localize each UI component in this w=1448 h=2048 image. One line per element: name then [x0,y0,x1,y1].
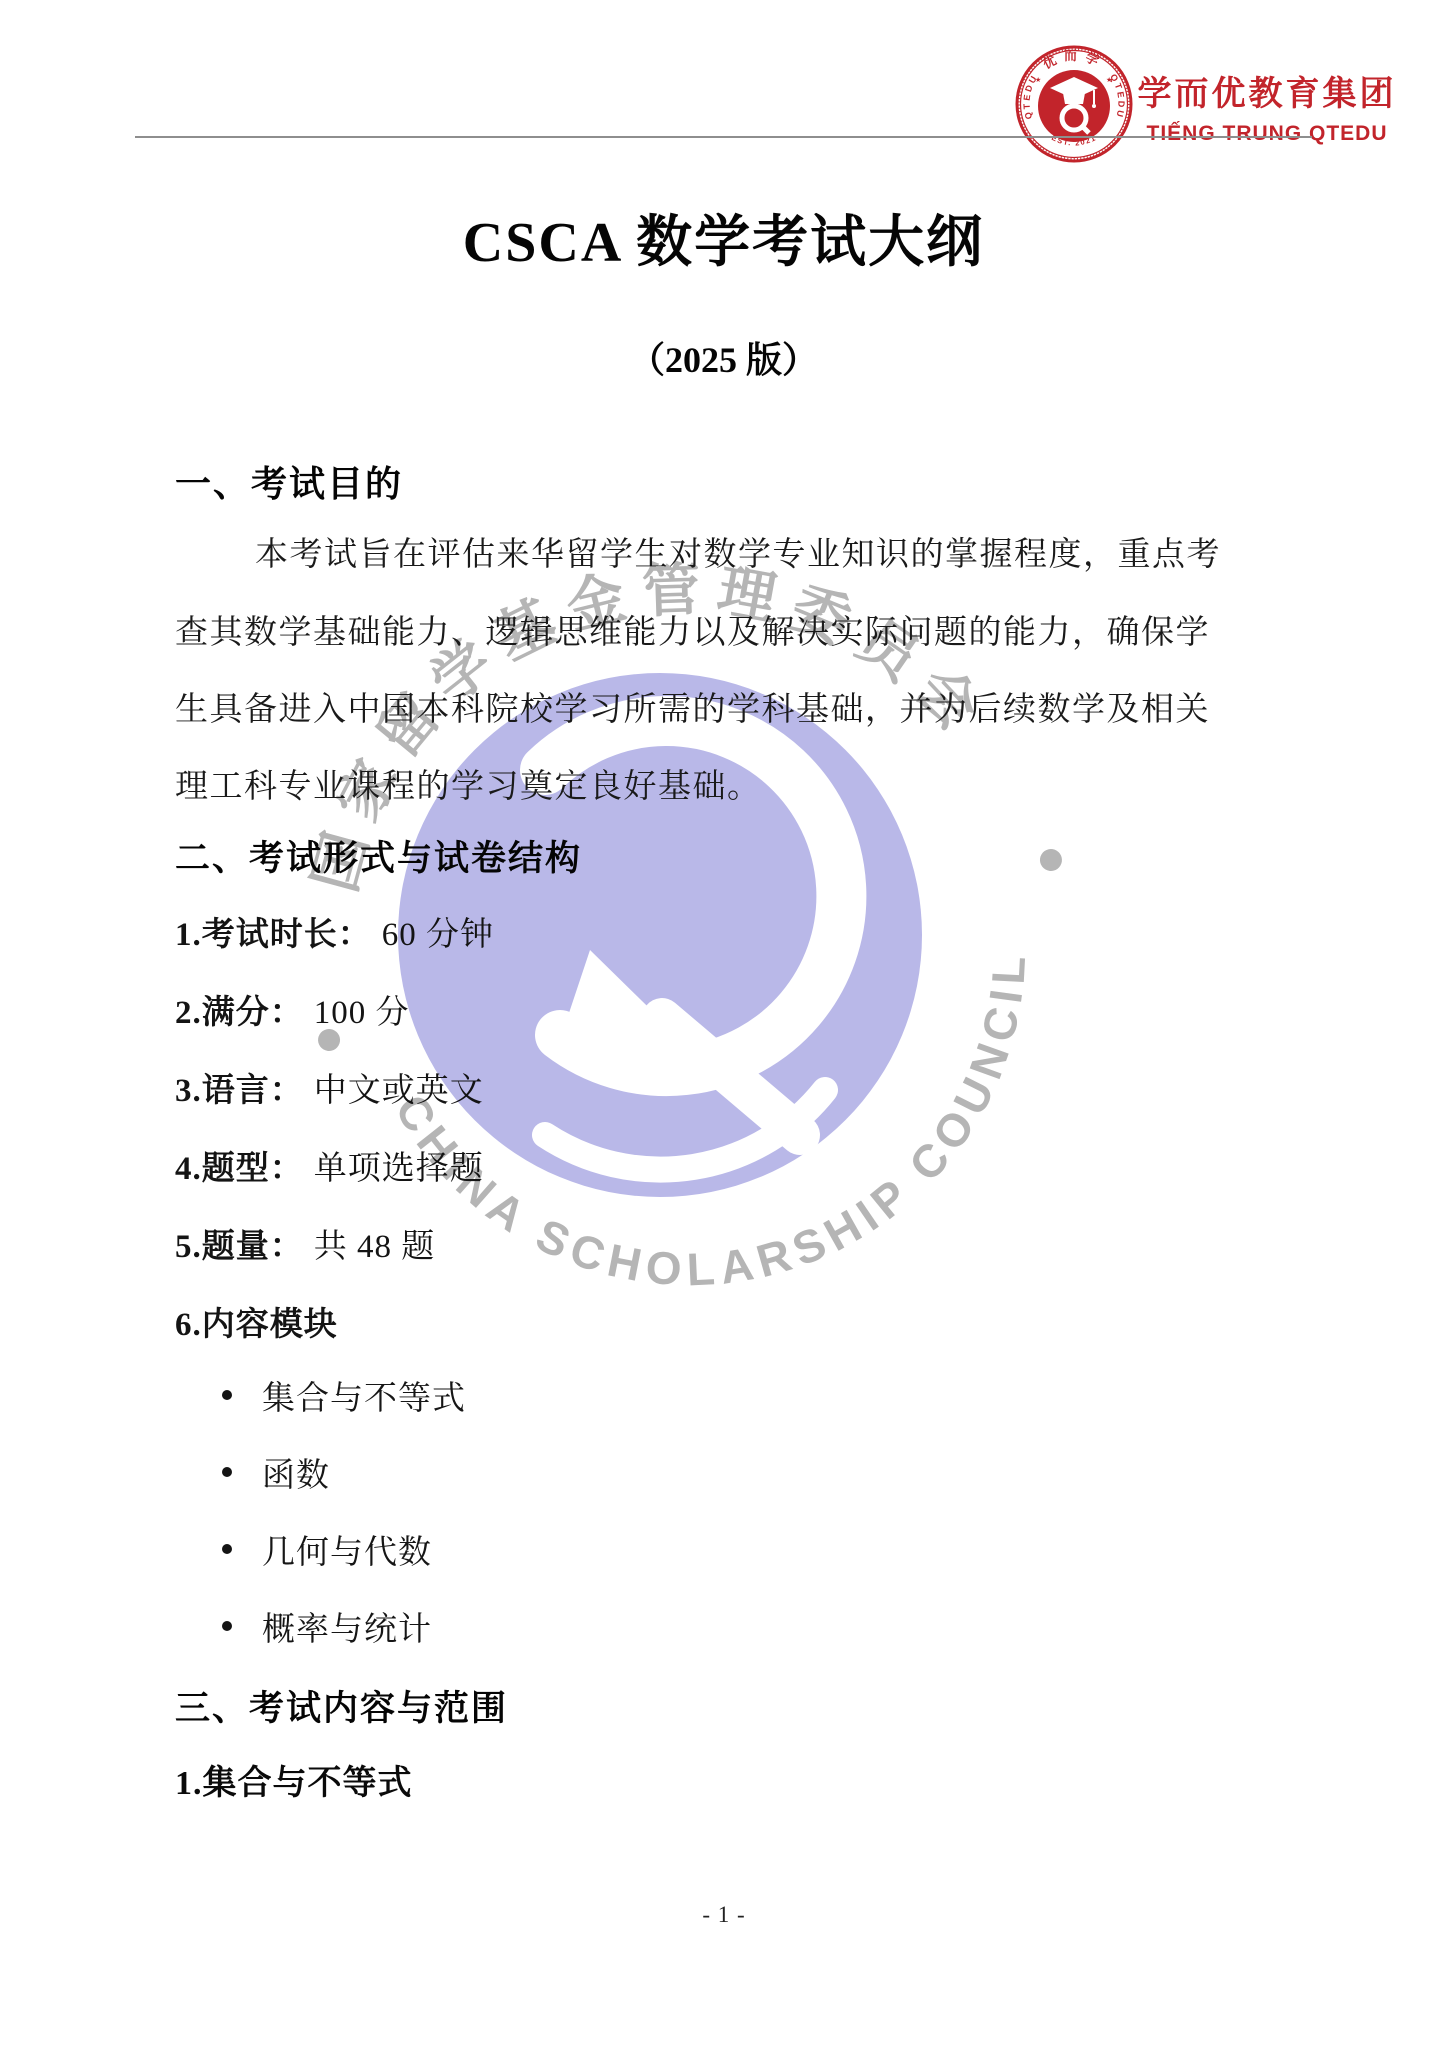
list-item-content-modules: 6.内容模块 [175,1298,338,1345]
company-tagline: TIẾNG TRUNG QTEDU [1136,122,1398,146]
bullet-dot-icon [222,1544,232,1554]
section-two-heading: 二、考试形式与试卷结构 [175,831,582,881]
company-name: 学而优教育集团 [1136,66,1398,115]
paragraph-line: 本考试旨在评估来华留学生对数学专业知识的掌握程度，重点考 [175,528,1305,575]
page-number: - 1 - [0,1902,1448,1928]
bullet-item: 函数 [262,1449,330,1496]
list-item-question-count: 5.题量：共 48 题 [175,1220,435,1267]
section-three-heading: 三、考试内容与范围 [175,1681,508,1731]
list-item-label: 5.题量： [175,1229,304,1265]
bullet-dot-icon [222,1467,232,1477]
list-item-question-type: 4.题型：单项选择题 [175,1142,484,1189]
list-item-label: 3.语言： [175,1073,304,1109]
list-item-label: 4.题型： [175,1151,304,1187]
paragraph-line: 理工科专业课程的学习奠定良好基础。 [175,760,1305,807]
document-page: { "header": { "seal": { "ring_top": "优而学… [0,0,1448,2048]
list-item-language: 3.语言：中文或英文 [175,1064,484,1111]
list-item-duration: 1.考试时长：60 分钟 [175,908,494,955]
list-item-fullscore: 2.满分：100 分 [175,986,410,1033]
qtedu-seal-logo-icon: 优而学 QTEDU QTEDU EST. 2021 ★ ★ [1014,44,1134,164]
header-divider [135,136,1312,138]
list-item-label: 1.考试时长： [175,917,372,953]
document-title: CSCA 数学考试大纲 [135,198,1312,278]
brand-block: 学而优教育集团 TIẾNG TRUNG QTEDU [1136,66,1398,146]
list-item-value: 60 分钟 [382,917,494,953]
document-subtitle: （2025 版） [135,332,1312,383]
paragraph-line: 查其数学基础能力、逻辑思维能力以及解决实际问题的能力，确保学 [175,606,1305,653]
list-item-label: 2.满分： [175,995,304,1031]
content-layer: 优而学 QTEDU QTEDU EST. 2021 ★ ★ 学而优教育集团 TI… [0,0,1448,2048]
section-three-subheading: 1.集合与不等式 [175,1755,413,1804]
bullet-item: 几何与代数 [262,1526,432,1573]
list-item-label: 6.内容模块 [175,1307,338,1343]
bullet-dot-icon [222,1621,232,1631]
seal-star-left-icon: ★ [1035,76,1041,84]
bullet-dot-icon [222,1390,232,1400]
bullet-item: 概率与统计 [262,1603,432,1650]
section-one-heading: 一、考试目的 [175,456,403,507]
seal-star-right-icon: ★ [1106,76,1112,84]
paragraph-line: 生具备进入中国本科院校学习所需的学科基础，并为后续数学及相关 [175,683,1305,730]
list-item-value: 共 48 题 [314,1229,436,1265]
list-item-value: 中文或英文 [314,1073,484,1109]
list-item-value: 单项选择题 [314,1151,484,1187]
list-item-value: 100 分 [314,995,410,1031]
bullet-item: 集合与不等式 [262,1372,466,1419]
